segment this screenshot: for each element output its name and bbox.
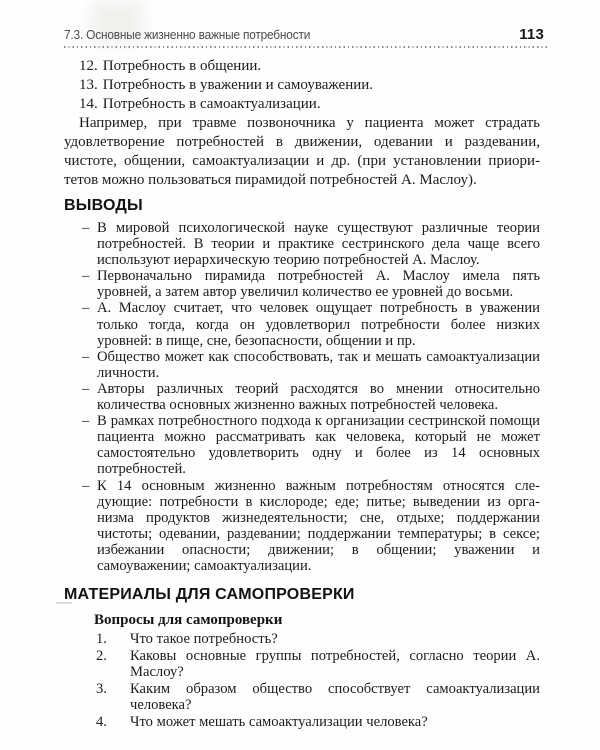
question-number: 1.: [96, 631, 107, 648]
question-item: 3.Каким образом общество способствует са…: [94, 681, 540, 714]
selfcheck-heading: МАТЕРИАЛЫ ДЛЯ САМОПРОВЕРКИ: [64, 585, 540, 605]
conclusion-item: –Авторы различных теорий расходятся во м…: [64, 381, 540, 413]
header-dotted-rule: [64, 46, 550, 48]
question-text: Что может мешать самоактуализации челове…: [130, 714, 428, 730]
question-item: 4.Что может мешать самоактуализации чело…: [94, 714, 540, 731]
questions-list: 1.Что такое потребность? 2.Каковы основн…: [94, 631, 540, 730]
list-item-text: Потребность в уважении и самоуважении.: [103, 77, 373, 93]
question-number: 4.: [96, 714, 107, 731]
question-item: 2.Каковы основные группы потребностей, с…: [94, 648, 540, 681]
question-text: Что такое потребность?: [130, 631, 278, 647]
dash-marker: –: [82, 478, 89, 494]
question-number: 3.: [96, 681, 107, 698]
list-item-number: 14.: [79, 96, 98, 112]
list-item-13: 13.Потребность в уважении и самоуважении…: [64, 76, 540, 95]
conclusions-list: –В мировой психологической науке существ…: [64, 220, 540, 574]
question-item: 1.Что такое потребность?: [94, 631, 540, 648]
question-number: 2.: [96, 648, 107, 665]
dash-marker: –: [82, 413, 89, 429]
list-item-number: 13.: [79, 77, 98, 93]
dash-marker: –: [82, 349, 89, 365]
dash-marker: –: [82, 268, 89, 284]
conclusion-item: –В рамках потребностного подхода к орган…: [64, 413, 540, 477]
conclusion-item: –В мировой психологической науке существ…: [64, 220, 540, 268]
scan-artifact-line: [56, 602, 72, 604]
conclusion-text: К 14 основным жизненно важным потребност…: [97, 478, 540, 574]
conclusions-heading: ВЫВОДЫ: [64, 196, 540, 216]
page-number: 113: [519, 26, 544, 43]
list-item-14: 14.Потребность в самоактуализации.: [64, 95, 540, 114]
list-item-text: Потребность в общении.: [103, 58, 261, 74]
page-header: 7.3. Основные жизненно важные потребност…: [64, 26, 544, 43]
conclusion-text: А. Маслоу считает, что человек ощущает п…: [97, 300, 540, 348]
list-item-12: 12.Потребность в общении.: [64, 57, 540, 76]
conclusion-text: Авторы различных теорий расходятся во мн…: [97, 381, 540, 413]
question-text: Каковы основные группы потребностей, сог…: [130, 648, 540, 681]
dash-marker: –: [82, 220, 89, 236]
conclusion-item: –Первоначально пирамида потребностей А. …: [64, 268, 540, 300]
conclusion-text: Общество может как способствовать, так и…: [97, 349, 540, 381]
questions-subheading: Вопросы для самопроверки: [94, 611, 540, 630]
running-head: 7.3. Основные жизненно важные потребност…: [64, 28, 310, 42]
conclusion-item: –А. Маслоу считает, что человек ощущает …: [64, 300, 540, 348]
dash-marker: –: [82, 381, 89, 397]
question-text: Каким образом общество способствует само…: [130, 681, 540, 714]
dash-marker: –: [82, 300, 89, 316]
conclusion-item: –К 14 основным жизненно важным потребнос…: [64, 478, 540, 575]
conclusion-text: Первоначально пирамида потребностей А. М…: [97, 268, 540, 300]
book-page: 7.3. Основные жизненно важные потребност…: [0, 0, 600, 750]
example-paragraph: Например, при травме позвоночника у паци…: [64, 114, 540, 190]
list-item-number: 12.: [79, 58, 98, 74]
conclusion-text: В рамках потребностного подхода к органи…: [97, 413, 540, 477]
list-item-text: Потребность в самоактуализации.: [103, 96, 321, 112]
page-body: 12.Потребность в общении. 13.Потребность…: [64, 54, 540, 730]
conclusion-item: –Общество может как способствовать, так …: [64, 349, 540, 381]
conclusion-text: В мировой психологической науке существу…: [97, 220, 540, 268]
